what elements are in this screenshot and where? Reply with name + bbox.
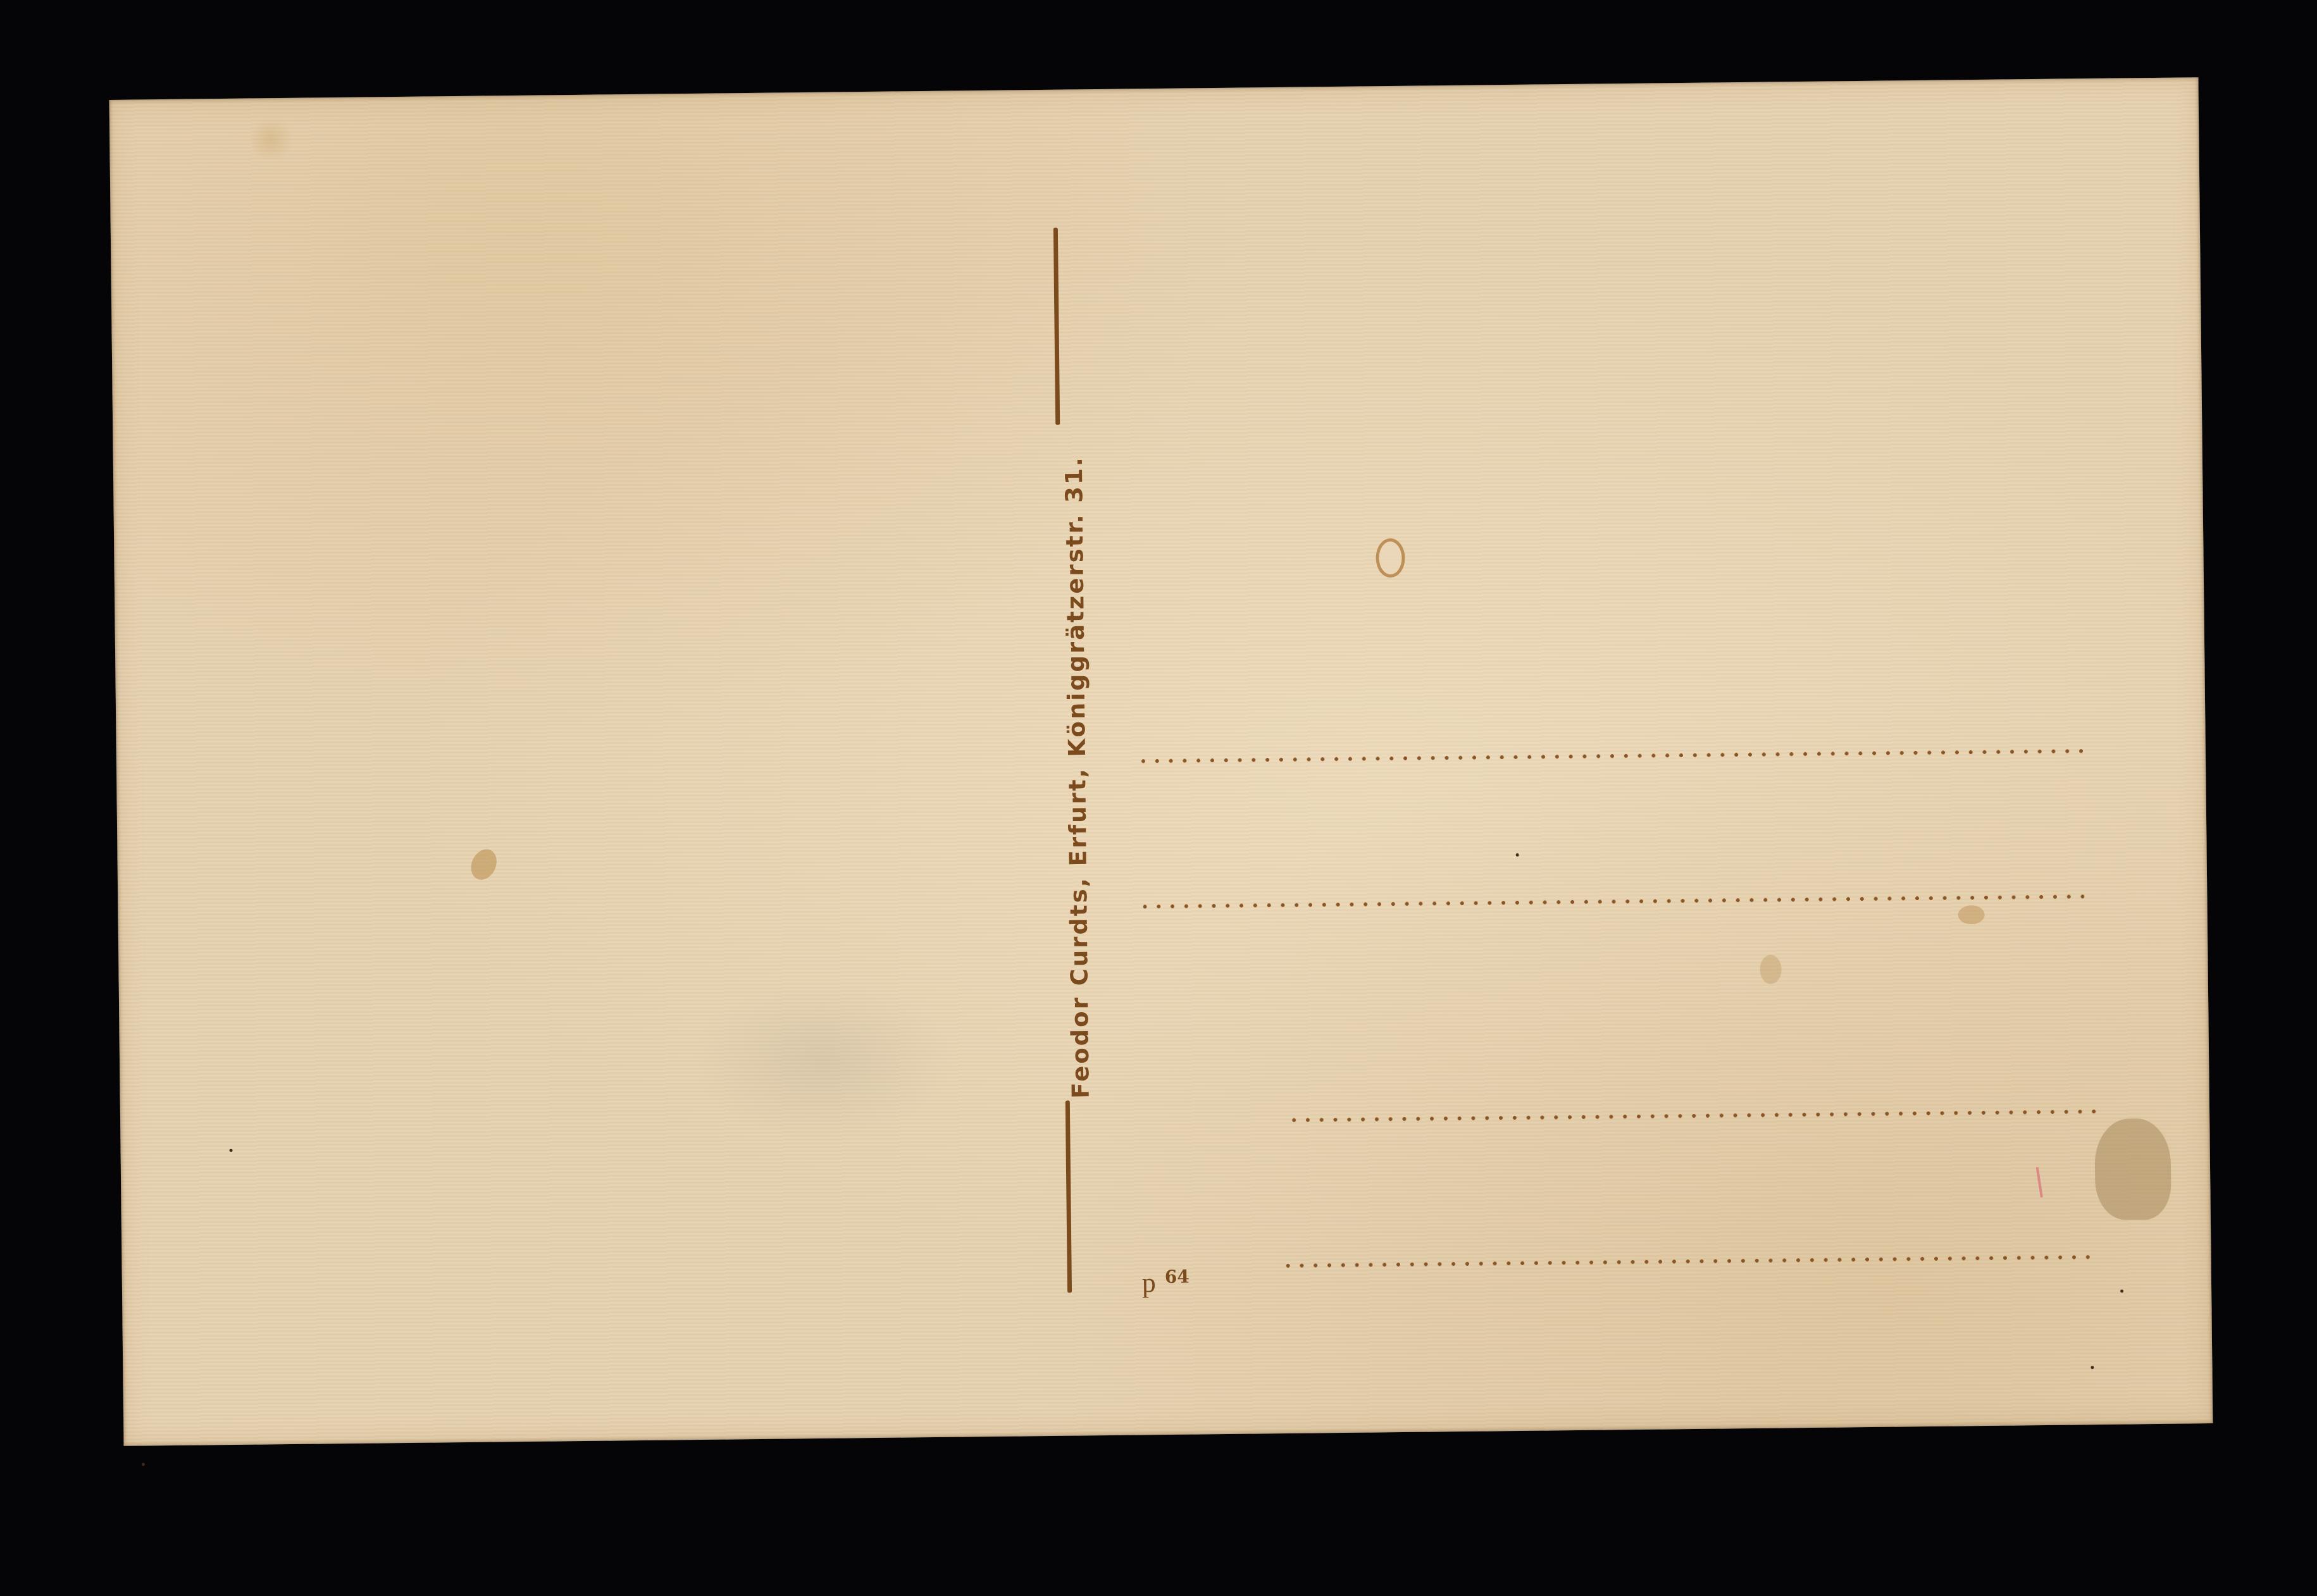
stain-top-left (249, 117, 294, 162)
address-line-4 (1286, 1255, 2096, 1268)
speck (2120, 1290, 2123, 1293)
stain-right-mid (1958, 905, 1985, 924)
address-line-1 (1141, 749, 2084, 763)
plate-code-number: 64 (1165, 1266, 1190, 1287)
stain-bottom-right (2094, 1118, 2171, 1220)
speck (2090, 1366, 2094, 1369)
plate-code: p64 (1142, 1266, 1190, 1299)
speck (1516, 853, 1519, 857)
stain-left-mid (466, 845, 501, 884)
address-line-3 (1292, 1110, 2099, 1122)
divider-rule-bottom (1065, 1101, 1072, 1293)
speck (142, 1463, 145, 1466)
plate-code-letter: p (1142, 1267, 1157, 1298)
stain-address-area (1376, 538, 1405, 578)
postcard-back: Feodor Curdts, Erfurt, Königgrätzerstr. … (109, 77, 2213, 1446)
address-line-2 (1143, 894, 2084, 908)
publisher-imprint: Feodor Curdts, Erfurt, Königgrätzerstr. … (1062, 454, 1094, 1099)
divider-rule-top (1053, 228, 1060, 425)
stain-mid-shadow (688, 977, 956, 1144)
pink-mark (2036, 1167, 2043, 1197)
speck (230, 1149, 233, 1152)
stain-right-lower (1760, 955, 1781, 984)
